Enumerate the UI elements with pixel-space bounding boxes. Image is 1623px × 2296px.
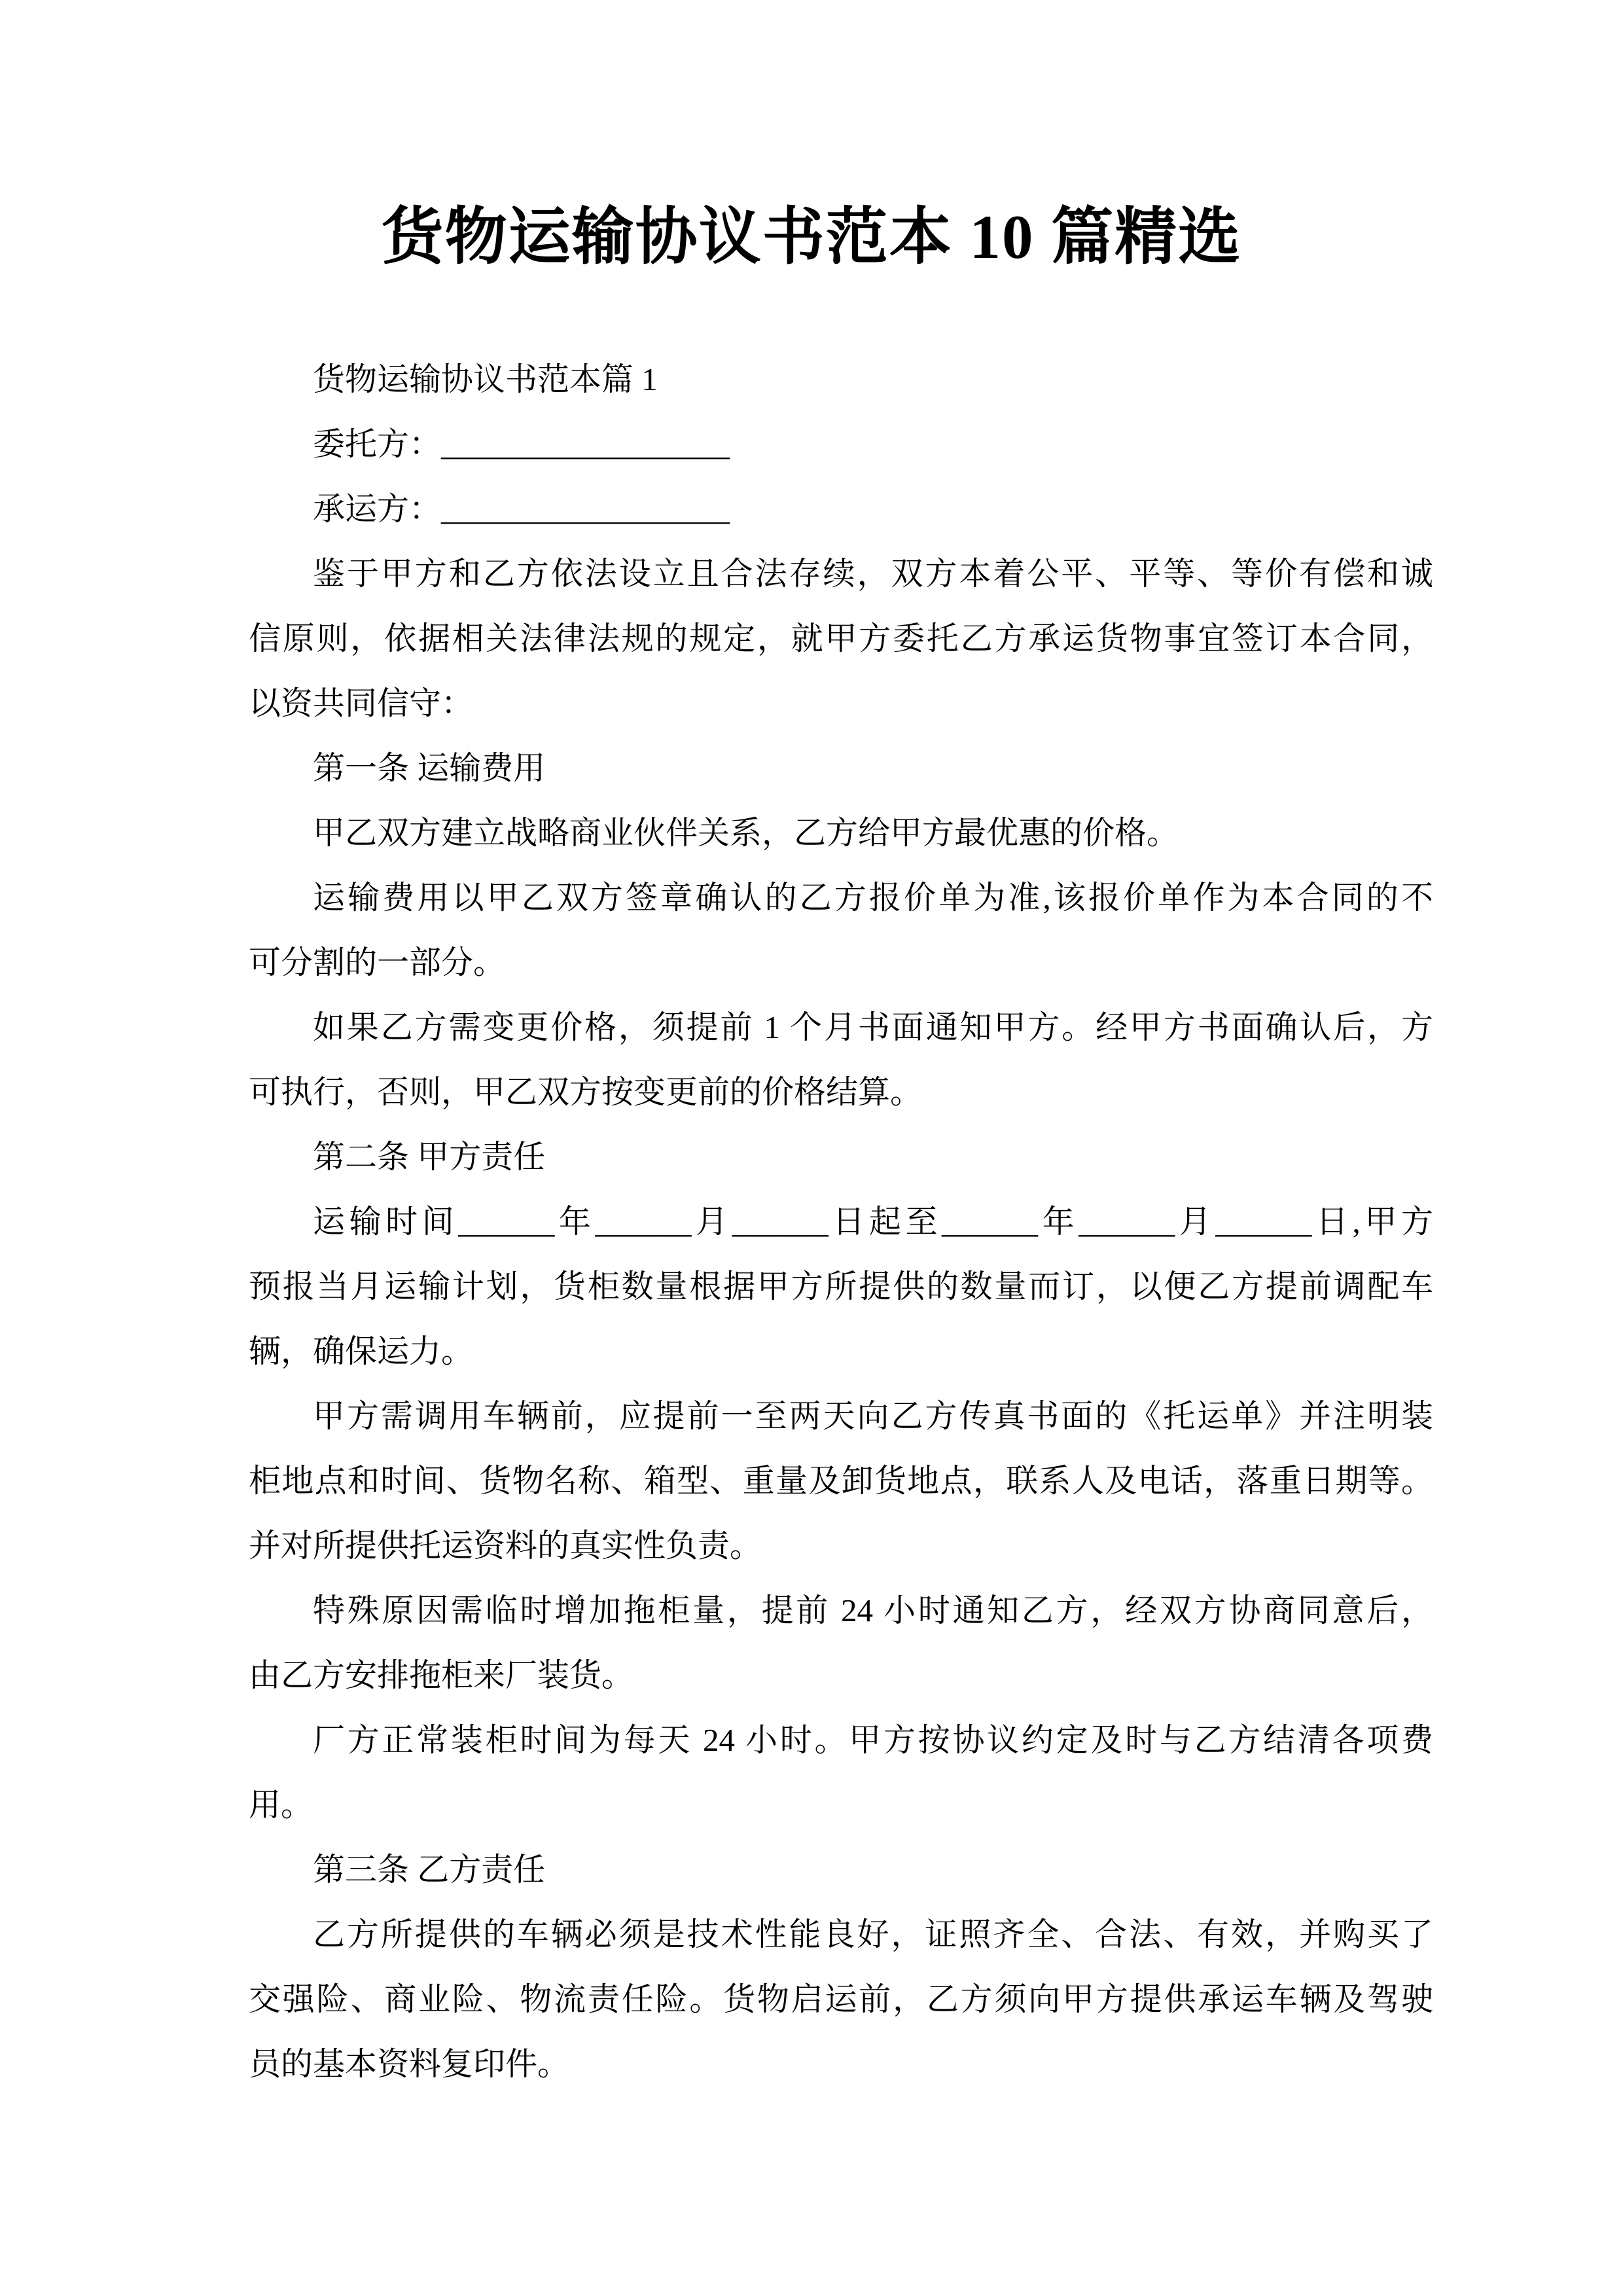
text-line: 第一条 运输费用 [249, 736, 1433, 800]
text-line: 甲乙双方建立战略商业伙伴关系，乙方给甲方最优惠的价格。 [249, 800, 1433, 865]
text-line: 乙方所提供的车辆必须是技术性能良好，证照齐全、合法、有效，并购买了 [249, 1902, 1433, 1967]
document-body: 货物运输协议书范本篇 1委托方：__________________承运方：__… [249, 347, 1433, 2096]
text-line: 运输时间______年______月______日起至______年______… [249, 1189, 1433, 1254]
text-line: 第三条 乙方责任 [249, 1837, 1433, 1902]
text-line: 特殊原因需临时增加拖柜量，提前 24 小时通知乙方，经双方协商同意后， [249, 1578, 1433, 1643]
text-line: 辆，确保运力。 [249, 1319, 1433, 1384]
text-line: 货物运输协议书范本篇 1 [249, 347, 1433, 412]
text-line: 柜地点和时间、货物名称、箱型、重量及卸货地点，联系人及电话，落重日期等。 [249, 1448, 1433, 1513]
text-line: 以资共同信守： [249, 671, 1433, 736]
text-line: 用。 [249, 1772, 1433, 1837]
text-line: 如果乙方需变更价格，须提前 1 个月书面通知甲方。经甲方书面确认后，方 [249, 995, 1433, 1060]
text-line: 由乙方安排拖柜来厂装货。 [249, 1643, 1433, 1708]
text-line: 承运方：__________________ [249, 476, 1433, 541]
text-line: 信原则，依据相关法律法规的规定，就甲方委托乙方承运货物事宜签订本合同， [249, 606, 1433, 671]
text-line: 预报当月运输计划，货柜数量根据甲方所提供的数量而订，以便乙方提前调配车 [249, 1254, 1433, 1319]
text-line: 可执行，否则，甲乙双方按变更前的价格结算。 [249, 1060, 1433, 1124]
text-line: 甲方需调用车辆前，应提前一至两天向乙方传真书面的《托运单》并注明装 [249, 1384, 1433, 1448]
text-line: 鉴于甲方和乙方依法设立且合法存续，双方本着公平、平等、等价有偿和诚 [249, 541, 1433, 606]
document-title: 货物运输协议书范本 10 篇精选 [0, 0, 1623, 268]
text-line: 第二条 甲方责任 [249, 1124, 1433, 1189]
text-line: 可分割的一部分。 [249, 930, 1433, 995]
text-line: 委托方：__________________ [249, 412, 1433, 476]
text-line: 厂方正常装柜时间为每天 24 小时。甲方按协议约定及时与乙方结清各项费 [249, 1708, 1433, 1772]
text-line: 员的基本资料复印件。 [249, 2032, 1433, 2096]
text-line: 运输费用以甲乙双方签章确认的乙方报价单为准,该报价单作为本合同的不 [249, 865, 1433, 930]
text-line: 交强险、商业险、物流责任险。货物启运前，乙方须向甲方提供承运车辆及驾驶 [249, 1967, 1433, 2032]
document-page: 货物运输协议书范本 10 篇精选 货物运输协议书范本篇 1委托方：_______… [0, 0, 1623, 2296]
text-line: 并对所提供托运资料的真实性负责。 [249, 1513, 1433, 1578]
